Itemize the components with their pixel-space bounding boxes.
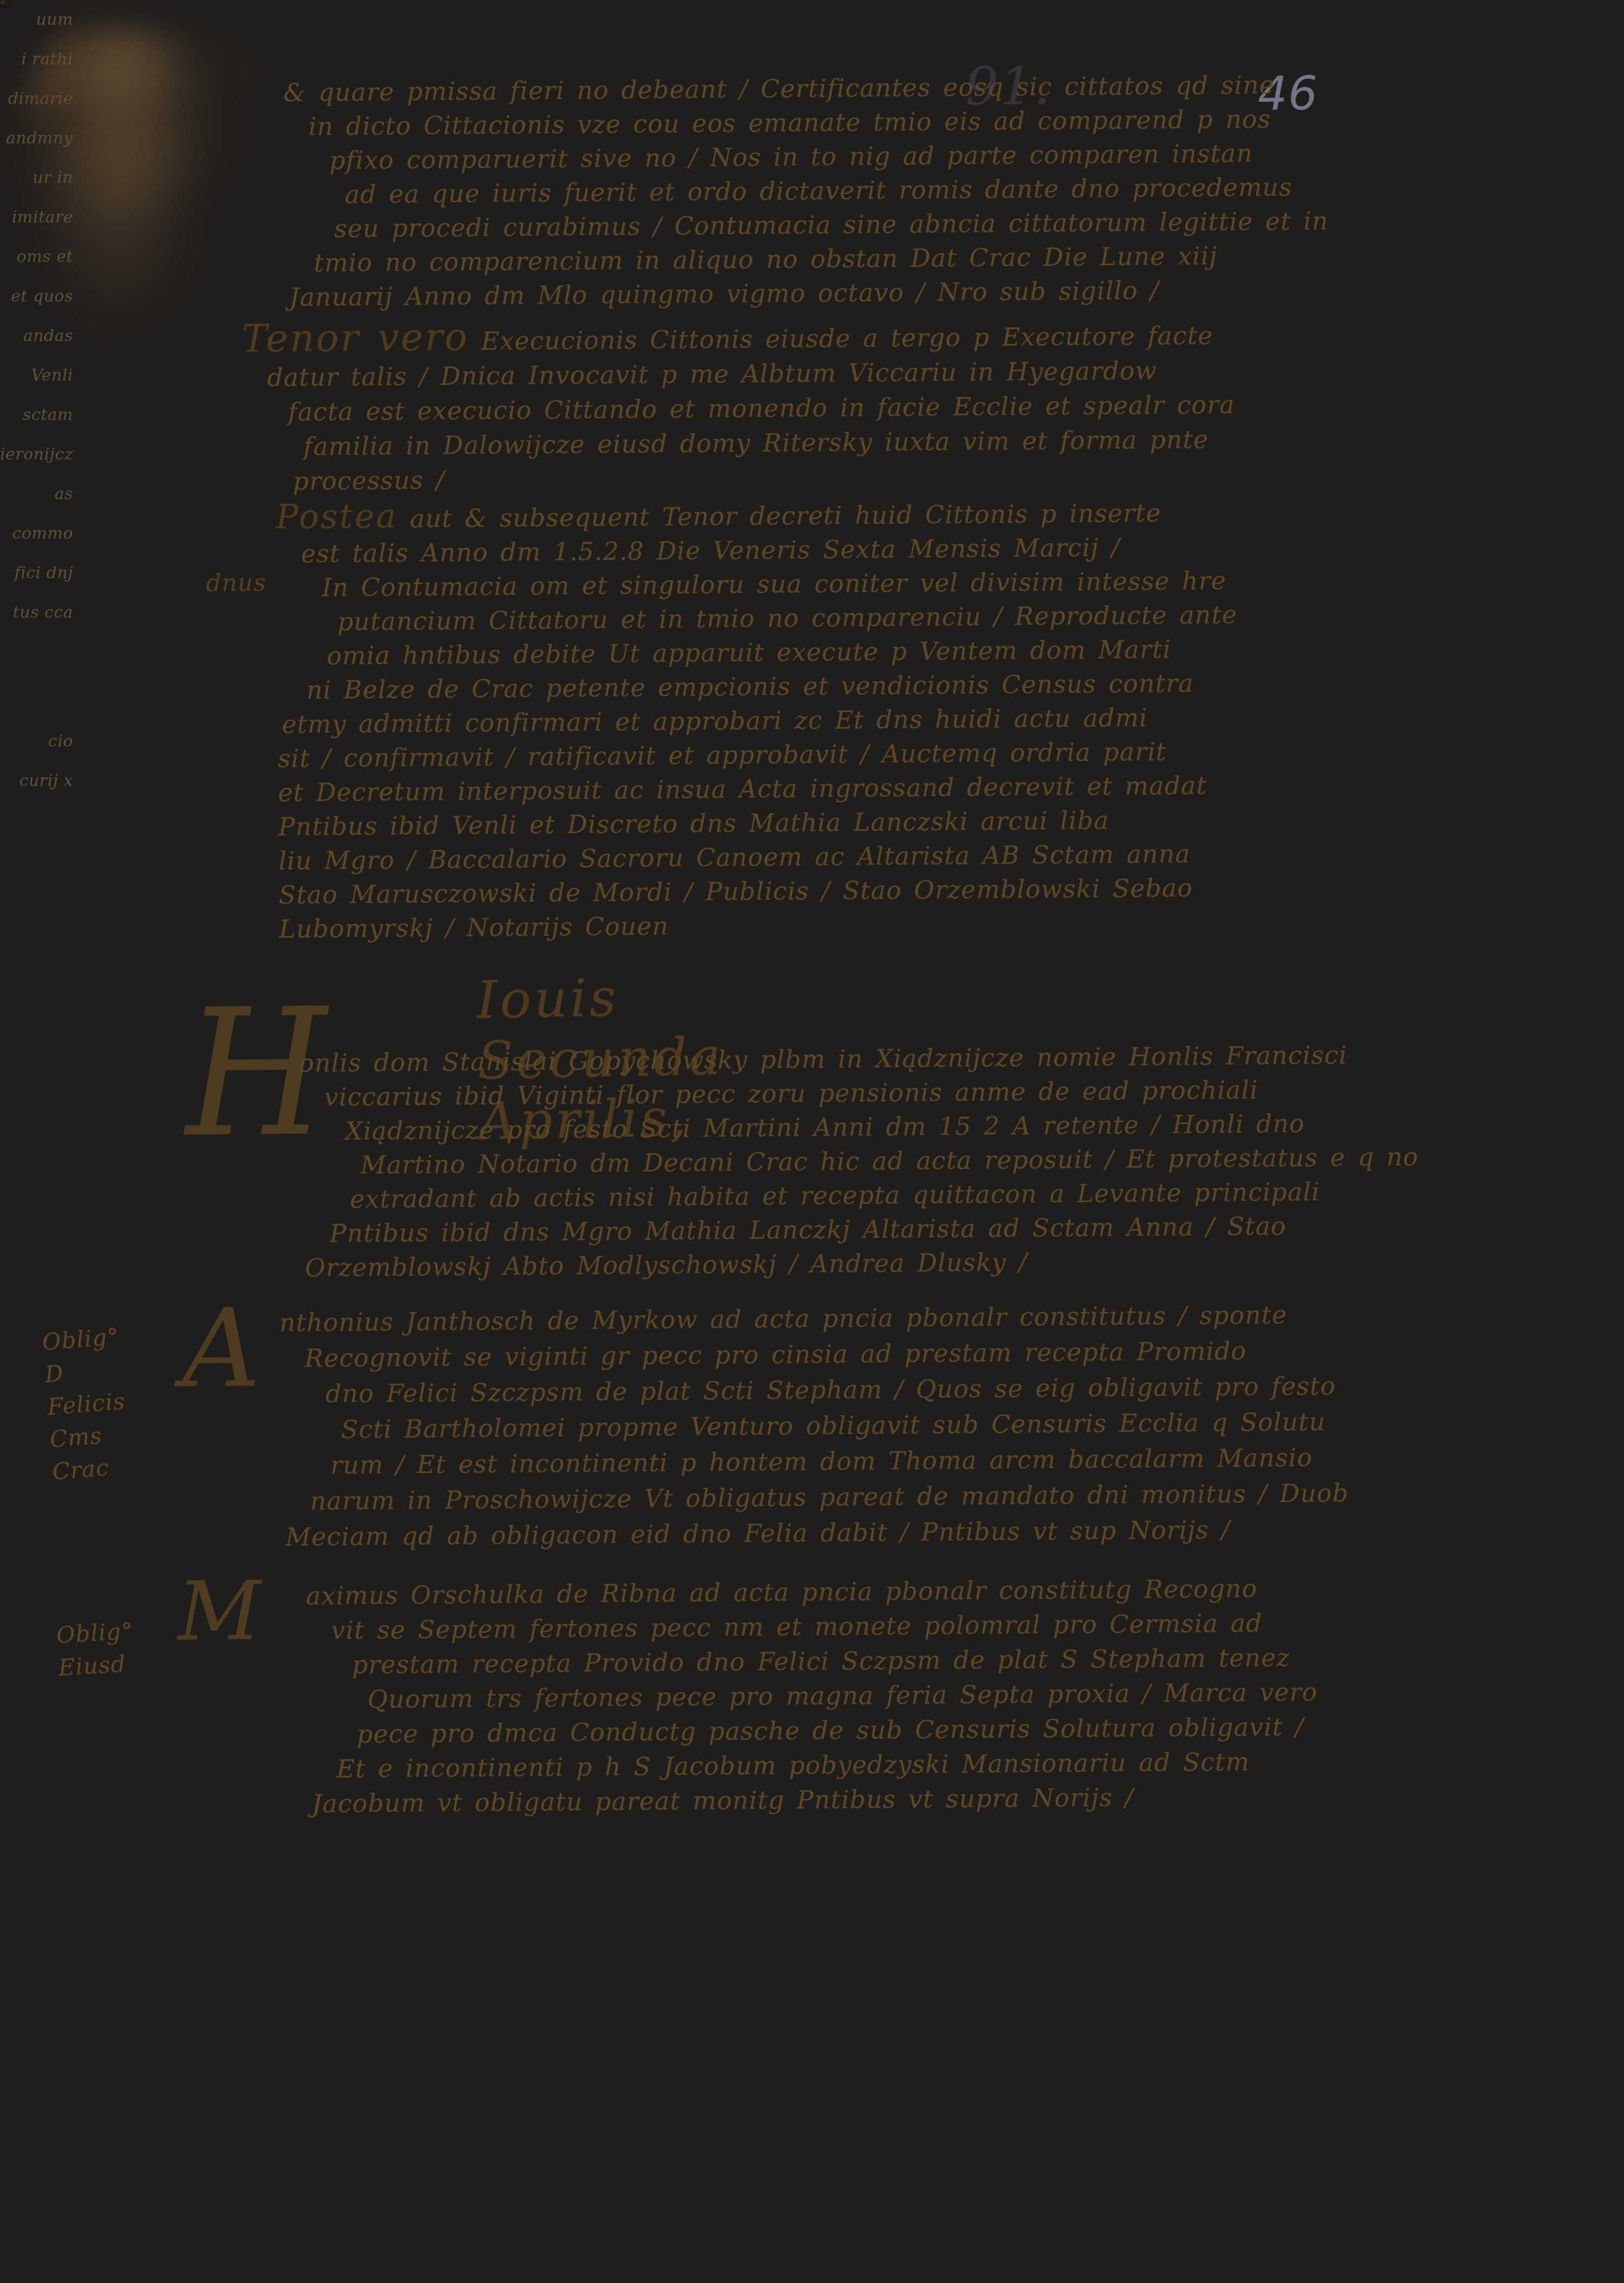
ink-blot	[0, 0, 5, 5]
paragraph-tenor-executionis: Tenor vero Execucionis Cittonis eiusde a…	[242, 312, 1348, 499]
margin-word-dnus: dnus	[206, 569, 266, 597]
facing-fragment: commo	[0, 514, 73, 553]
paragraph-maximus-orschulka: aximus Orschulka de Ribna ad acta pncia …	[306, 1570, 1379, 1821]
facing-fragment: i rathi	[0, 40, 73, 79]
paragraph-anthonius-janthosch: nthonius Janthosch de Myrkow ad acta pnc…	[279, 1296, 1370, 1555]
margin-note-line: Oblig°	[55, 1615, 134, 1652]
manuscript-line-text: aut & subsequent Tenor decreti huid Citt…	[410, 498, 1161, 533]
paragraph-lead-words: Postea	[276, 496, 397, 537]
facing-fragment: dimarie	[0, 79, 73, 119]
margin-note-line: Eiusd	[57, 1647, 136, 1684]
facing-fragment: oms et	[0, 237, 73, 277]
facing-page-line-endings: uum i rathi dimarie andmny ur in hoc imi…	[0, 0, 73, 801]
facing-fragment: et quos	[0, 277, 73, 316]
paragraph-honlis-stanislai: onlis dom Stanislai Gopychowsky plbm in …	[299, 1038, 1356, 1285]
facing-fragment: curij x	[0, 761, 73, 801]
manuscript-line-text: Execucionis Cittonis eiusde a tergo p Ex…	[481, 320, 1213, 356]
facing-fragment: andmny	[0, 119, 73, 158]
facing-fragment: Venli	[0, 356, 73, 395]
manuscript-scan: uum i rathi dimarie andmny ur in hoc imi…	[0, 0, 1624, 2283]
facing-fragment: ur in hoc	[0, 158, 73, 198]
facing-fragment: uum	[0, 0, 73, 40]
facing-fragment: fici dnj	[0, 553, 73, 593]
paragraph-decretum: Postea aut & subsequent Tenor decreti hu…	[276, 491, 1356, 946]
decorated-initial-a: A	[182, 1294, 261, 1403]
decorated-initial-m: M	[178, 1571, 262, 1652]
margin-note-obligatio-felicis: Oblig° D Felicis Cms Crac	[41, 1320, 132, 1488]
facing-fragment: imitare	[0, 198, 73, 237]
facing-fragment: ieronijcz	[0, 435, 73, 474]
margin-note-obligatio-eiusdem: Oblig° Eiusd	[55, 1615, 136, 1684]
facing-fragment: cio pcessit	[0, 722, 73, 761]
facing-fragment: tus cca	[0, 593, 73, 632]
facing-fragment: as indiro.	[0, 474, 73, 514]
margin-note-line: Oblig° D	[41, 1320, 124, 1391]
paragraph-lead-words: Tenor vero	[242, 315, 469, 361]
margin-note-line: Crac	[51, 1450, 132, 1488]
margin-note-line: Felicis Cms	[46, 1385, 129, 1456]
facing-fragment: sctam	[0, 395, 73, 435]
paragraph-certification: & quare pmissa fieri no debeant / Certif…	[283, 68, 1346, 315]
facing-fragment: andas	[0, 316, 73, 356]
